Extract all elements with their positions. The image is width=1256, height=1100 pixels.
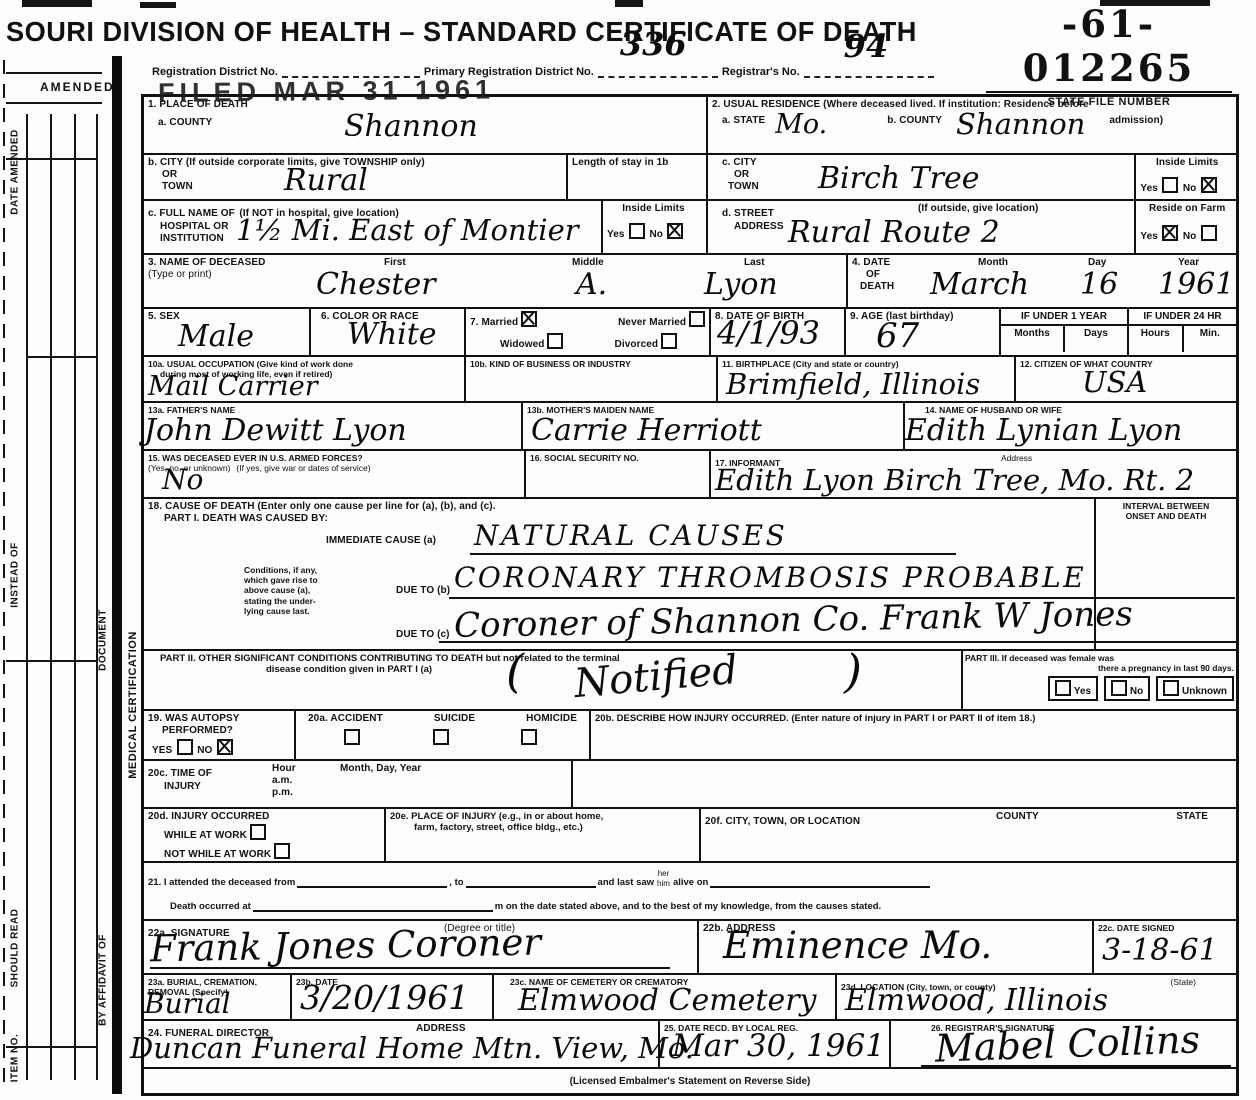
section-20e-place-of-injury: 20e. PLACE OF INJURY (e.g., in or about … — [384, 809, 699, 861]
suicide-checkbox — [433, 729, 449, 745]
death-occurred-blank — [253, 898, 493, 912]
county-2-value: Shannon — [956, 111, 1085, 137]
section-23d-location: 23d. LOCATION (City, town, or county) (S… — [835, 975, 1236, 1019]
row-part2-part3: PART II. OTHER SIGNIFICANT CONDITIONS CO… — [144, 649, 1236, 709]
row-name-date: 3. NAME OF DECEASED (Type or print) Firs… — [144, 253, 1236, 307]
autopsy-no-checkbox — [217, 739, 233, 755]
hour-label: Hour — [272, 763, 296, 775]
section-23b-burial-date: 23b. DATE 3/20/1961 — [290, 975, 492, 1019]
burial-label-1: 23a. BURIAL, CREMATION, — [148, 977, 286, 987]
divider — [6, 660, 98, 662]
reside-on-farm-no-checkbox — [1201, 225, 1217, 241]
row-signature: 22a. SIGNATURE (Degree or title) Frank J… — [144, 919, 1236, 973]
cemetery-value: Elmwood Cemetery — [518, 987, 817, 1014]
residence-city-box: c. CITY OR TOWN Birch Tree — [708, 155, 1134, 199]
field-1c-institution: c. FULL NAME OF (If NOT in hospital, giv… — [144, 199, 706, 253]
row-burial: 23a. BURIAL, CREMATION, REMOVAL (Specify… — [144, 973, 1236, 1019]
date-signed-value: 3-18-61 — [1102, 937, 1218, 964]
row-attended-statement: 21. I attended the deceased from , to an… — [144, 861, 1236, 919]
attended-from-blank — [297, 874, 447, 888]
county-col-label: COUNTY — [996, 811, 1039, 823]
state-file-number-value: -61-012265 — [980, 2, 1238, 90]
conditions-note-line: lying cause last. — [244, 606, 362, 616]
citizen-value: USA — [1082, 369, 1147, 395]
section-23a-burial: 23a. BURIAL, CREMATION, REMOVAL (Specify… — [144, 975, 290, 1019]
divider — [6, 72, 102, 74]
pregnancy-unknown-label: Unknown — [1182, 686, 1227, 697]
section-17-informant: 17. INFORMANT Address Edith Lyon Birch T… — [709, 451, 1236, 497]
reside-on-farm-label: Reside on Farm — [1140, 203, 1234, 215]
informant-value: Edith Lyon Birch Tree, Mo. Rt. 2 — [715, 467, 1194, 493]
admission-label: admission) — [1109, 115, 1163, 127]
middle-name-value: A. — [576, 271, 607, 298]
place-of-injury-label-2: farm, factory, street, office bldg., etc… — [414, 822, 695, 833]
section-3-name-of-deceased: 3. NAME OF DECEASED (Type or print) Firs… — [144, 255, 846, 307]
time-of-injury-label-2: INJURY — [164, 781, 567, 793]
no-label: No — [649, 229, 663, 240]
section-2-usual-residence: 2. USUAL RESIDENCE (Where deceased lived… — [706, 97, 1238, 253]
street-address-value: Rural Route 2 — [788, 219, 1000, 246]
while-at-work-checkbox — [250, 824, 266, 840]
registrar-no-label: Registrar's No. — [722, 66, 800, 78]
attended-text-1: 21. I attended the deceased from — [148, 877, 295, 888]
embalmer-note: (Licensed Embalmer's Statement on Revers… — [144, 1069, 1236, 1093]
no-label: No — [1183, 231, 1197, 242]
should-read-label: SHOULD READ — [10, 909, 21, 988]
date-received-value: Mar 30, 1961 — [672, 1033, 885, 1061]
burial-date-value: 3/20/1961 — [300, 983, 469, 1013]
armed-forces-value: No — [162, 467, 203, 492]
while-at-work-text: WHILE AT WORK — [164, 830, 247, 841]
section-10a-occupation: 10a. USUAL OCCUPATION (Give kind of work… — [144, 357, 464, 401]
married-checkbox — [521, 311, 537, 327]
row-sex-race-marital: 5. SEX Male 6. COLOR OR RACE White 7. Ma… — [144, 307, 1236, 355]
section-15-armed-forces: 15. WAS DECEASED EVER IN U.S. ARMED FORC… — [144, 451, 524, 497]
last-name-value: Lyon — [704, 271, 778, 298]
days-label: Days — [1063, 326, 1127, 352]
institution-value: 1½ Mi. East of Montier — [236, 217, 579, 243]
state-value: Mo. — [775, 113, 827, 137]
scan-smudge — [615, 0, 643, 7]
reside-on-farm-box: Reside on Farm Yes No — [1134, 201, 1238, 253]
death-year-value: 1961 — [1158, 271, 1234, 298]
certificate-form: 1. PLACE OF DEATH a. COUNTY Shannon b. C… — [141, 94, 1239, 1096]
age-label: 9. AGE (last birthday) — [850, 311, 995, 323]
city-town-location-label: 20f. CITY, TOWN, OR LOCATION — [705, 816, 860, 827]
county-label: a. COUNTY — [158, 117, 248, 129]
accident-label: 20a. ACCIDENT — [308, 713, 383, 725]
by-affidavit-of-label: BY AFFIDAVIT OF — [98, 934, 109, 1026]
place-of-injury-label-1: 20e. PLACE OF INJURY (e.g., in or about … — [390, 811, 695, 822]
if-under-24-hr-label: IF UNDER 24 HR — [1129, 309, 1236, 326]
part-2-box: PART II. OTHER SIGNIFICANT CONDITIONS CO… — [144, 651, 961, 709]
section-12-citizen: 12. CITIZEN OF WHAT COUNTRY USA — [1014, 357, 1236, 401]
her-label: her — [657, 869, 670, 879]
row-footer: (Licensed Embalmer's Statement on Revers… — [144, 1067, 1236, 1093]
am-label: a.m. — [272, 775, 296, 787]
full-name-of-label: c. FULL NAME OF — [148, 208, 235, 219]
row-cause-of-death: 18. CAUSE OF DEATH (Enter only one cause… — [144, 497, 1236, 649]
inside-limits-2-box: Inside Limits Yes No — [1134, 155, 1238, 199]
part-2-paren-close: ) — [844, 651, 862, 692]
injury-occurred-label: 20d. INJURY OCCURRED — [148, 811, 380, 823]
alive-on-blank — [710, 874, 930, 888]
section-20a-manner: 20a. ACCIDENT SUICIDE HOMICIDE — [294, 711, 589, 759]
marital-never: Never Married — [618, 311, 705, 329]
embalmer-note-text: (Licensed Embalmer's Statement on Revers… — [570, 1076, 811, 1087]
reside-on-farm-yes-checkbox — [1162, 225, 1178, 241]
section-18-cause-of-death: 18. CAUSE OF DEATH (Enter only one cause… — [144, 499, 1094, 649]
row-occupation-birthplace: 10a. USUAL OCCUPATION (Give kind of work… — [144, 355, 1236, 401]
death-day-value: 16 — [1080, 271, 1118, 298]
part-2-paren-open: ( — [506, 651, 524, 692]
birthplace-value: Brimfield, Illinois — [726, 371, 980, 397]
months-label: Months — [1001, 326, 1063, 352]
funeral-director-value: Duncan Funeral Home Mtn. View, Mo. — [130, 1035, 694, 1061]
divider — [986, 91, 1232, 93]
death-certificate-scan: SOURI DIVISION OF HEALTH – STANDARD CERT… — [0, 0, 1256, 1100]
date-signed-label: 22c. DATE SIGNED — [1098, 923, 1230, 933]
item-no-label: ITEM NO. — [10, 1034, 21, 1082]
due-to-c-value: Coroner of Shannon Co. Frank W Jones — [454, 599, 1133, 641]
row-place-residence: 1. PLACE OF DEATH a. COUNTY Shannon b. C… — [144, 97, 1236, 253]
part-3-label-1: PART III. If deceased was female was — [965, 653, 1234, 663]
field-1b-city: b. CITY (If outside corporate limits, gi… — [144, 153, 706, 199]
section-6-color-or-race: 6. COLOR OR RACE White — [309, 309, 464, 355]
field-2ab-state-county: 2. USUAL RESIDENCE (Where deceased lived… — [708, 97, 1238, 153]
city-or-town-box: b. CITY (If outside corporate limits, gi… — [144, 155, 566, 199]
form-left-bar — [112, 56, 122, 1094]
burial-location-value: Elmwood, Illinois — [845, 987, 1108, 1014]
occupation-label-1: 10a. USUAL OCCUPATION (Give kind of work… — [148, 359, 460, 369]
informant-address-label: Address — [1001, 453, 1032, 463]
suicide-label: SUICIDE — [434, 713, 475, 725]
medical-certification-label: MEDICAL CERTIFICATION — [127, 631, 139, 779]
state-label: a. STATE — [722, 115, 765, 127]
due-to-b-value: CORONARY THROMBOSIS PROBABLE — [454, 565, 1086, 590]
due-to-c-label: DUE TO (c) — [396, 629, 450, 641]
county-value: Shannon — [344, 113, 478, 140]
describe-injury-label: 20b. DESCRIBE HOW INJURY OCCURRED. (Ente… — [595, 713, 1232, 724]
accident-checkbox — [344, 729, 360, 745]
street-address-box: d. STREET (If outside, give location) AD… — [708, 201, 1134, 253]
pm-label: p.m. — [272, 787, 296, 799]
row-autopsy-manner: 19. WAS AUTOPSY PERFORMED? YES NO 20a. A… — [144, 709, 1236, 759]
armed-forces-sub2: (If yes, give war or dates of service) — [236, 463, 370, 473]
sex-value: Male — [178, 323, 254, 350]
attended-text-2: , to — [449, 877, 463, 888]
amended-label: AMENDED — [40, 80, 115, 94]
marital-widowed: Widowed — [500, 333, 563, 351]
marital-married: 7. Married — [470, 311, 537, 329]
date-of-birth-value: 4/1/93 — [717, 319, 820, 348]
part-2-label-1: PART II. OTHER SIGNIFICANT CONDITIONS CO… — [160, 653, 957, 664]
residence-city-value: Birch Tree — [818, 165, 980, 192]
length-of-stay-label: Length of stay in 1b — [572, 157, 702, 169]
section-13b-mother: 13b. MOTHER'S MAIDEN NAME Carrie Herriot… — [521, 403, 903, 449]
occupation-value: Mail Carrier — [148, 375, 318, 399]
divider — [6, 102, 102, 104]
him-label: him — [657, 879, 670, 889]
filed-date-stamp: FILED MAR 31 1961 — [158, 74, 495, 109]
autopsy-yes-checkbox — [177, 739, 193, 755]
immediate-cause-label: IMMEDIATE CAUSE (a) — [326, 535, 436, 547]
autopsy-label-1: 19. WAS AUTOPSY — [148, 713, 290, 725]
divorced-checkbox — [661, 333, 677, 349]
pregnancy-yes-option: Yes — [1048, 676, 1098, 701]
conditions-note-line: which gave rise to — [244, 575, 362, 585]
section-10b-industry: 10b. KIND OF BUSINESS OR INDUSTRY — [464, 357, 716, 401]
length-of-stay-box: Length of stay in 1b — [566, 155, 706, 199]
registrar-no-blank: 94 — [804, 64, 934, 78]
death-occurred-text-1: Death occurred at — [170, 901, 251, 912]
inside-limits-no-checkbox — [667, 223, 683, 239]
never-married-label: Never Married — [618, 317, 686, 328]
marital-divorced: Divorced — [615, 333, 677, 351]
primary-district-blank: 336 — [598, 64, 718, 78]
armed-forces-label: 15. WAS DECEASED EVER IN U.S. ARMED FORC… — [148, 453, 520, 463]
conditions-note-line: above cause (a), — [244, 585, 362, 595]
immediate-cause-value: NATURAL CAUSES — [474, 523, 787, 548]
section-13a-father: 13a. FATHER'S NAME John Dewitt Lyon — [144, 403, 521, 449]
not-while-at-work-checkbox — [274, 843, 290, 859]
race-value: White — [347, 321, 437, 348]
pregnancy-unknown-option: Unknown — [1156, 676, 1234, 701]
yes-label: Yes — [1140, 231, 1158, 242]
divider — [74, 114, 76, 1080]
section-20d-injury-occurred: 20d. INJURY OCCURRED WHILE AT WORK NOT W… — [144, 809, 384, 861]
registrar-no-value: 94 — [844, 32, 889, 61]
min-label: Min. — [1182, 326, 1237, 352]
inside-limits-label: Inside Limits — [607, 203, 700, 215]
section-20b-describe-injury: 20b. DESCRIBE HOW INJURY OCCURRED. (Ente… — [589, 711, 1236, 759]
section-5-sex: 5. SEX Male — [144, 309, 309, 355]
field-2c-city: c. CITY OR TOWN Birch Tree Inside Limits… — [708, 153, 1238, 199]
section-20c-time-of-injury: 20c. TIME OF INJURY Hour a.m. p.m. Month… — [144, 761, 571, 807]
signer-address-value: Eminence Mo. — [723, 929, 992, 962]
divorced-label: Divorced — [615, 339, 659, 350]
autopsy-no-label: NO — [197, 745, 212, 756]
row-forces-ssn-informant: 15. WAS DECEASED EVER IN U.S. ARMED FORC… — [144, 449, 1236, 497]
row-parents-spouse: 13a. FATHER'S NAME John Dewitt Lyon 13b.… — [144, 401, 1236, 449]
inside-limits-2-label: Inside Limits — [1140, 157, 1234, 169]
section-14-spouse: 14. NAME OF HUSBAND OR WIFE Edith Lynian… — [903, 403, 1236, 449]
page-title: SOURI DIVISION OF HEALTH – STANDARD CERT… — [6, 16, 917, 48]
married-label: Married — [481, 317, 518, 328]
section-9-age: 9. AGE (last birthday) 67 — [844, 309, 999, 355]
interval-label-1: INTERVAL BETWEEN — [1100, 501, 1232, 511]
inside-limits-2-no-checkbox — [1201, 177, 1217, 193]
pregnancy-unknown-checkbox — [1163, 680, 1179, 696]
mother-maiden-name-value: Carrie Herriott — [531, 417, 762, 444]
never-married-checkbox — [689, 311, 705, 327]
conditions-note: Conditions, if any, which gave rise to a… — [244, 565, 362, 616]
due-to-b-label: DUE TO (b) — [396, 585, 450, 597]
widowed-label: Widowed — [500, 339, 545, 350]
signature-value: Frank Jones Coroner — [150, 926, 542, 966]
time-of-injury-label-1: 20c. TIME OF — [148, 768, 212, 779]
registrar-signature-value: Mabel Collins — [934, 1022, 1200, 1065]
attended-text-3: and last saw — [598, 877, 655, 888]
section-1-place-of-death: 1. PLACE OF DEATH a. COUNTY Shannon b. C… — [144, 97, 706, 253]
if-under-24-hr-box: IF UNDER 24 HR Hours Min. — [1127, 309, 1236, 355]
part-3-box: PART III. If deceased was female was the… — [961, 651, 1236, 709]
widowed-checkbox — [547, 333, 563, 349]
section-25-date-received: 25. DATE RECD. BY LOCAL REG. Mar 30, 196… — [658, 1021, 889, 1067]
father-name-value: John Dewitt Lyon — [144, 417, 407, 444]
burial-location-state-label: (State) — [1170, 977, 1196, 987]
section-23c-cemetery: 23c. NAME OF CEMETERY OR CREMATORY Elmwo… — [492, 975, 835, 1019]
first-name-value: Chester — [316, 271, 436, 298]
divider — [26, 356, 98, 358]
section-19-autopsy: 19. WAS AUTOPSY PERFORMED? YES NO — [144, 711, 294, 759]
instead-of-label: INSTEAD OF — [10, 542, 21, 608]
not-while-at-work-text: NOT WHILE AT WORK — [164, 849, 271, 860]
primary-district-value: 336 — [620, 30, 687, 59]
conditions-note-line: stating the under- — [244, 596, 362, 606]
yes-label: Yes — [607, 229, 625, 240]
field-2d-street: d. STREET (If outside, give location) AD… — [708, 199, 1238, 253]
pregnancy-yes-checkbox — [1055, 680, 1071, 696]
interval-label-2: ONSET AND DEATH — [1100, 511, 1232, 521]
divider — [26, 114, 28, 1080]
homicide-label: HOMICIDE — [526, 713, 577, 725]
part-2-value: Notified — [573, 652, 739, 702]
city-value: Rural — [284, 167, 368, 194]
attended-text-4: alive on — [673, 877, 708, 888]
yes-label: Yes — [1140, 183, 1158, 194]
divider — [50, 114, 52, 1080]
inside-limits-1-box: Inside Limits Yes No — [601, 201, 704, 253]
section-21-attended: 21. I attended the deceased from , to an… — [144, 863, 1236, 919]
burial-value: Burial — [144, 991, 231, 1016]
section-22a-signature: 22a. SIGNATURE (Degree or title) Frank J… — [144, 921, 697, 973]
row-funeral-registrar: 24. FUNERAL DIRECTOR ADDRESS Duncan Fune… — [144, 1019, 1236, 1067]
homicide-checkbox — [521, 729, 537, 745]
ssn-label: 16. SOCIAL SECURITY NO. — [530, 453, 705, 463]
while-at-work-label: WHILE AT WORK — [164, 824, 380, 842]
if-under-1-year-label: IF UNDER 1 YEAR — [1001, 309, 1127, 326]
section-20f-city-county-state: 20f. CITY, TOWN, OR LOCATION COUNTY STAT… — [699, 809, 1236, 861]
scan-smudge — [22, 0, 92, 7]
pregnancy-no-checkbox — [1111, 680, 1127, 696]
scan-smudge — [140, 2, 176, 8]
item-7-number: 7. — [470, 317, 479, 328]
row-time-of-injury: 20c. TIME OF INJURY Hour a.m. p.m. Month… — [144, 759, 1236, 807]
inside-limits-yes-checkbox — [629, 223, 645, 239]
pregnancy-no-label: No — [1130, 686, 1143, 697]
hours-label: Hours — [1129, 326, 1182, 352]
section-7-marital-status: 7. Married Never Married Widowed — [464, 309, 709, 355]
cause-a-line — [470, 553, 956, 555]
document-label: DOCUMENT — [98, 609, 109, 671]
institution-box: c. FULL NAME OF (If NOT in hospital, giv… — [144, 201, 601, 253]
not-while-at-work-label: NOT WHILE AT WORK — [164, 843, 380, 861]
date-amended-label: DATE AMENDED — [10, 129, 21, 214]
row-injury-place: 20d. INJURY OCCURRED WHILE AT WORK NOT W… — [144, 807, 1236, 861]
section-22b-address: 22b. ADDRESS Eminence Mo. — [697, 921, 1092, 973]
pregnancy-yes-label: Yes — [1074, 686, 1091, 697]
no-label: No — [1183, 183, 1197, 194]
state-col-label: STATE — [1176, 811, 1208, 823]
section-22c-date-signed: 22c. DATE SIGNED 3-18-61 — [1092, 921, 1234, 973]
section-4-date-of-death: 4. DATE OF DEATH Month Day Year March 16… — [846, 255, 1236, 307]
street-label: d. STREET — [722, 208, 774, 219]
if-under-1-year-box: IF UNDER 1 YEAR Months Days — [999, 309, 1127, 355]
section-24-funeral-director: 24. FUNERAL DIRECTOR ADDRESS Duncan Fune… — [144, 1021, 658, 1067]
autopsy-label-2: PERFORMED? — [162, 725, 290, 737]
county-2-label: b. COUNTY — [887, 115, 942, 127]
attended-to-blank — [466, 874, 596, 888]
section-16-ssn: 16. SOCIAL SECURITY NO. — [524, 451, 709, 497]
conditions-note-line: Conditions, if any, — [244, 565, 362, 575]
state-file-number-block: -61-012265 STATE FILE NUMBER — [980, 2, 1238, 108]
section-11-birthplace: 11. BIRTHPLACE (City and state or countr… — [716, 357, 1014, 401]
part-3-label-2: there a pregnancy in last 90 days. — [965, 663, 1234, 673]
age-value: 67 — [876, 321, 919, 352]
inside-limits-2-yes-checkbox — [1162, 177, 1178, 193]
industry-label: 10b. KIND OF BUSINESS OR INDUSTRY — [470, 359, 712, 369]
month-day-year-label: Month, Day, Year — [340, 763, 421, 775]
death-month-value: March — [930, 271, 1029, 298]
autopsy-yes-label: YES — [152, 745, 172, 756]
time-of-injury-blank-area — [571, 761, 1236, 807]
section-8-date-of-birth: 8. DATE OF BIRTH 4/1/93 — [709, 309, 844, 355]
section-26-registrar-signature: 26. REGISTRAR'S SIGNATURE Mabel Collins — [889, 1021, 1236, 1067]
pregnancy-no-option: No — [1104, 676, 1150, 701]
cause-of-death-title: 18. CAUSE OF DEATH (Enter only one cause… — [148, 501, 1090, 513]
spouse-name-value: Edith Lynian Lyon — [905, 417, 1182, 444]
street-paren-label: (If outside, give location) — [918, 203, 1038, 215]
death-occurred-text-2: m on the date stated above, and to the b… — [495, 901, 881, 912]
divider — [3, 60, 5, 1090]
